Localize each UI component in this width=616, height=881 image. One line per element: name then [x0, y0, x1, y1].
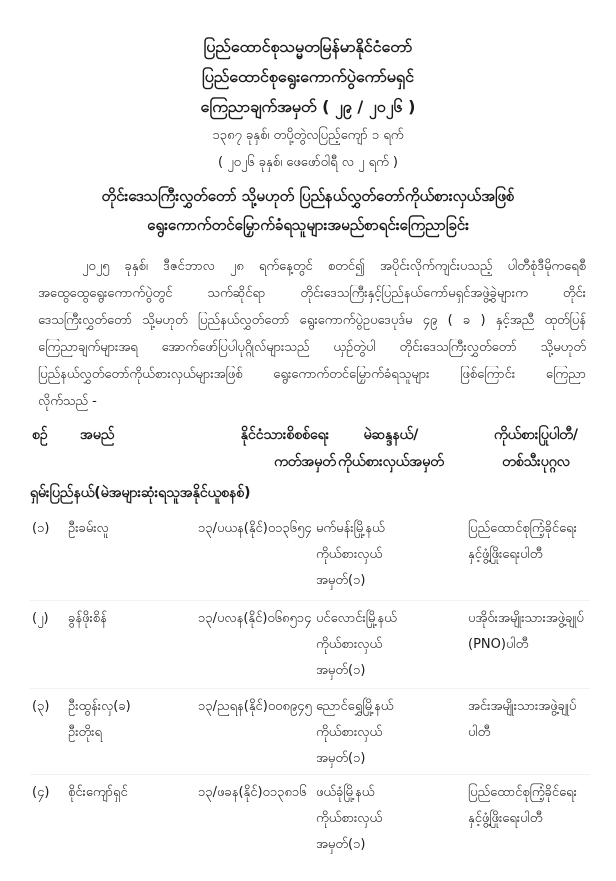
row-party: နှင့်ဖွံ့ဖြိုးရေးပါတီ	[468, 806, 542, 832]
row-party: နှင့်ဖွံ့ဖြိုးရေးပါတီ	[468, 542, 542, 568]
announcement-number: ကြေညာချက်အမှတ် ( ၂၉ / ၂၀၂၆ )	[0, 96, 616, 120]
row-constituency: ကိုယ်စားလှယ်	[316, 632, 382, 658]
row-serial-no: (၁)	[32, 516, 49, 542]
row-constituency: မက်မန်းမြို့နယ်	[316, 516, 385, 542]
header-constituency-line2: ကိုယ်စားလှယ်အမှတ်	[316, 452, 466, 473]
row-constituency: ညောင်ရွှေမြို့နယ်	[316, 694, 393, 720]
row-party: ပြည်ထောင်စုကြံ့ခိုင်ရေး	[468, 516, 577, 542]
row-nrc: ၁၃/ဖခန(နိုင်)၀၁၃၈၁၆	[198, 780, 307, 806]
row-constituency: ပင်လောင်းမြို့နယ်	[316, 606, 397, 632]
row-divider	[30, 774, 590, 775]
body-line: ဒေသကြီးလွှတ်တော် သို့မဟုတ် ပြည်နယ်လွှတ်တ…	[38, 312, 586, 331]
row-name-alias: ဦးတိုးရ	[68, 720, 102, 746]
body-line: အထွေထွေရွေးကောက်ပွဲတွင် သက်ဆိုင်ရာ တိုင်…	[38, 285, 586, 304]
body-line: လိုက်သည် -	[38, 393, 586, 412]
header-constituency-line1: မဲဆန္ဒနယ်/	[316, 425, 466, 446]
row-nrc: ၁၃/ပယန(နိုင်)၀၁၃၆၅၄	[198, 516, 312, 542]
subject-line-2: ရွေးကောက်တင်မြှောက်ခံရသူများအမည်စာရင်းကြ…	[0, 216, 616, 238]
row-constituency: ကိုယ်စားလှယ်	[316, 542, 382, 568]
row-party: ပါတီ	[468, 720, 490, 746]
row-party: အင်းအမျိုးသားအဖွဲ့ချုပ်	[468, 694, 576, 720]
row-nrc: ၁၃/ပလန(နိုင်)၀၆၈၅၁၄	[198, 606, 311, 632]
header-party-line1: ကိုယ်စားပြုပါတီ/	[466, 425, 606, 446]
row-nrc: ၁၃/ညရန(နိုင်)၀၀၈၉၄၅	[198, 694, 312, 720]
row-constituency: အမှတ်(၁)	[316, 658, 365, 684]
row-party: ပအိုဝ်းအမျိုးသားအဖွဲ့ချုပ်	[468, 606, 584, 632]
row-party: ပြည်ထောင်စုကြံ့ခိုင်ရေး	[468, 780, 577, 806]
header-serial-no: စဉ်	[32, 425, 48, 446]
date-gregorian: ( ၂၀၂၆ ခုနှစ်၊ ဖေဖော်ဝါရီ လ ၂ ရက် )	[0, 154, 616, 173]
body-line: ပြည်နယ်လွှတ်တော်ကိုယ်စားလှယ်များအဖြစ် ရွ…	[38, 366, 586, 385]
row-constituency: အမှတ်(၁)	[316, 746, 365, 772]
body-line: ၂၀၂၅ ခုနှစ်၊ ဒီဇင်ဘာလ ၂၈ ရက်နေ့တွင် စတင်…	[82, 258, 586, 277]
subject-line-1: တိုင်းဒေသကြီးလွှတ်တော် သို့မဟုတ် ပြည်နယ်…	[0, 187, 616, 209]
row-constituency: ကိုယ်စားလှယ်	[316, 720, 382, 746]
section-title-shan-state: ရှမ်းပြည်နယ်(မဲအများဆုံးရသူအနိုင်ယူစနစ်)	[30, 483, 251, 504]
row-name: ဦးထွန်းလှ(ခ)	[68, 694, 131, 720]
commission-title: ပြည်ထောင်စုရွေးကောက်ပွဲကော်မရှင်	[0, 66, 616, 90]
row-name: ခွန်ဖိုးစိန်	[68, 606, 107, 632]
row-constituency: ကိုယ်စားလှယ်	[316, 806, 382, 832]
row-serial-no: (၄)	[32, 780, 49, 806]
state-title: ပြည်ထောင်စုသမ္မတမြန်မာနိုင်ငံတော်	[0, 36, 616, 60]
row-serial-no: (၃)	[32, 694, 49, 720]
row-divider	[30, 600, 590, 601]
row-constituency: အမှတ်(၁)	[316, 568, 365, 594]
row-name: ဦးခမ်းလူ	[68, 516, 109, 542]
body-line: ကြေညာချက်များအရ အောက်ဖော်ပြပါပုဂ္ဂိုလ်မျ…	[38, 339, 586, 358]
row-divider	[30, 688, 590, 689]
date-myanmar-calendar: ၁၃၈၇ ခုနှစ်၊ တပို့တွဲလပြည့်ကျော် ၁ ရက်	[0, 127, 616, 146]
announcement-document: ပြည်ထောင်စုသမ္မတမြန်မာနိုင်ငံတော် ပြည်ထေ…	[0, 0, 616, 881]
row-name: စိုင်းကျော်ရှင်	[68, 780, 128, 806]
row-party: (PNO)ပါတီ	[468, 632, 528, 658]
row-constituency: အမှတ်(၁)	[316, 832, 365, 858]
header-party-line2: တစ်သီးပုဂ္ဂလ	[466, 452, 606, 473]
row-serial-no: (၂)	[32, 606, 49, 632]
row-constituency: ဖယ်ခုံမြို့နယ်	[316, 780, 374, 806]
header-name: အမည်	[80, 425, 114, 446]
